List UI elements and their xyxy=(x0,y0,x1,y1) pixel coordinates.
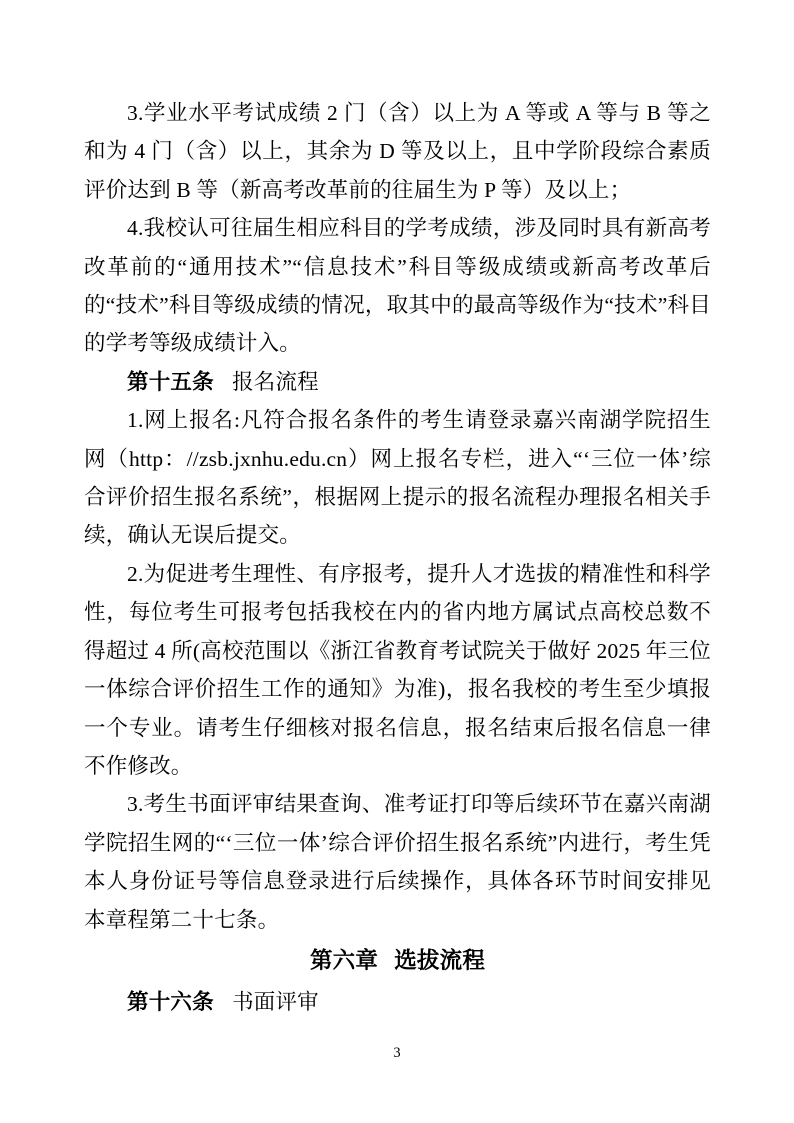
chapter-6-title: 选拔流程 xyxy=(394,948,485,973)
article-15-number: 第十五条 xyxy=(127,370,214,394)
paragraph-academic-scores-item-3: 3.学业水平考试成绩 2 门（含）以上为 A 等或 A 等与 B 等之和为 4 … xyxy=(84,94,711,209)
paragraph-review-result-item-3: 3.考生书面评审结果查询、准考证打印等后续环节在嘉兴南湖学院招生网的“‘三位一体… xyxy=(84,785,711,939)
article-16-number: 第十六条 xyxy=(127,990,214,1014)
page-number: 3 xyxy=(0,1044,794,1062)
article-16-heading: 第十六条书面评审 xyxy=(84,983,711,1021)
paragraph-recognized-scores-item-4: 4.我校认可往届生相应科目的学考成绩，涉及同时具有新高考改革前的“通用技术”“信… xyxy=(84,209,711,363)
paragraph-online-registration-item-1: 1.网上报名:凡符合报名条件的考生请登录嘉兴南湖学院招生网（http：//zsb… xyxy=(84,401,711,555)
article-15-title: 报名流程 xyxy=(232,370,319,394)
article-16-title: 书面评审 xyxy=(232,990,319,1014)
document-page: 3.学业水平考试成绩 2 门（含）以上为 A 等或 A 等与 B 等之和为 4 … xyxy=(0,0,794,1123)
paragraph-application-limit-item-2: 2.为促进考生理性、有序报考，提升人才选拔的精准性和科学性，每位考生可报考包括我… xyxy=(84,555,711,785)
chapter-6-heading: 第六章选拔流程 xyxy=(84,939,711,983)
document-body: 3.学业水平考试成绩 2 门（含）以上为 A 等或 A 等与 B 等之和为 4 … xyxy=(84,94,711,1021)
article-15-heading: 第十五条报名流程 xyxy=(84,363,711,401)
chapter-6-number: 第六章 xyxy=(310,948,378,973)
